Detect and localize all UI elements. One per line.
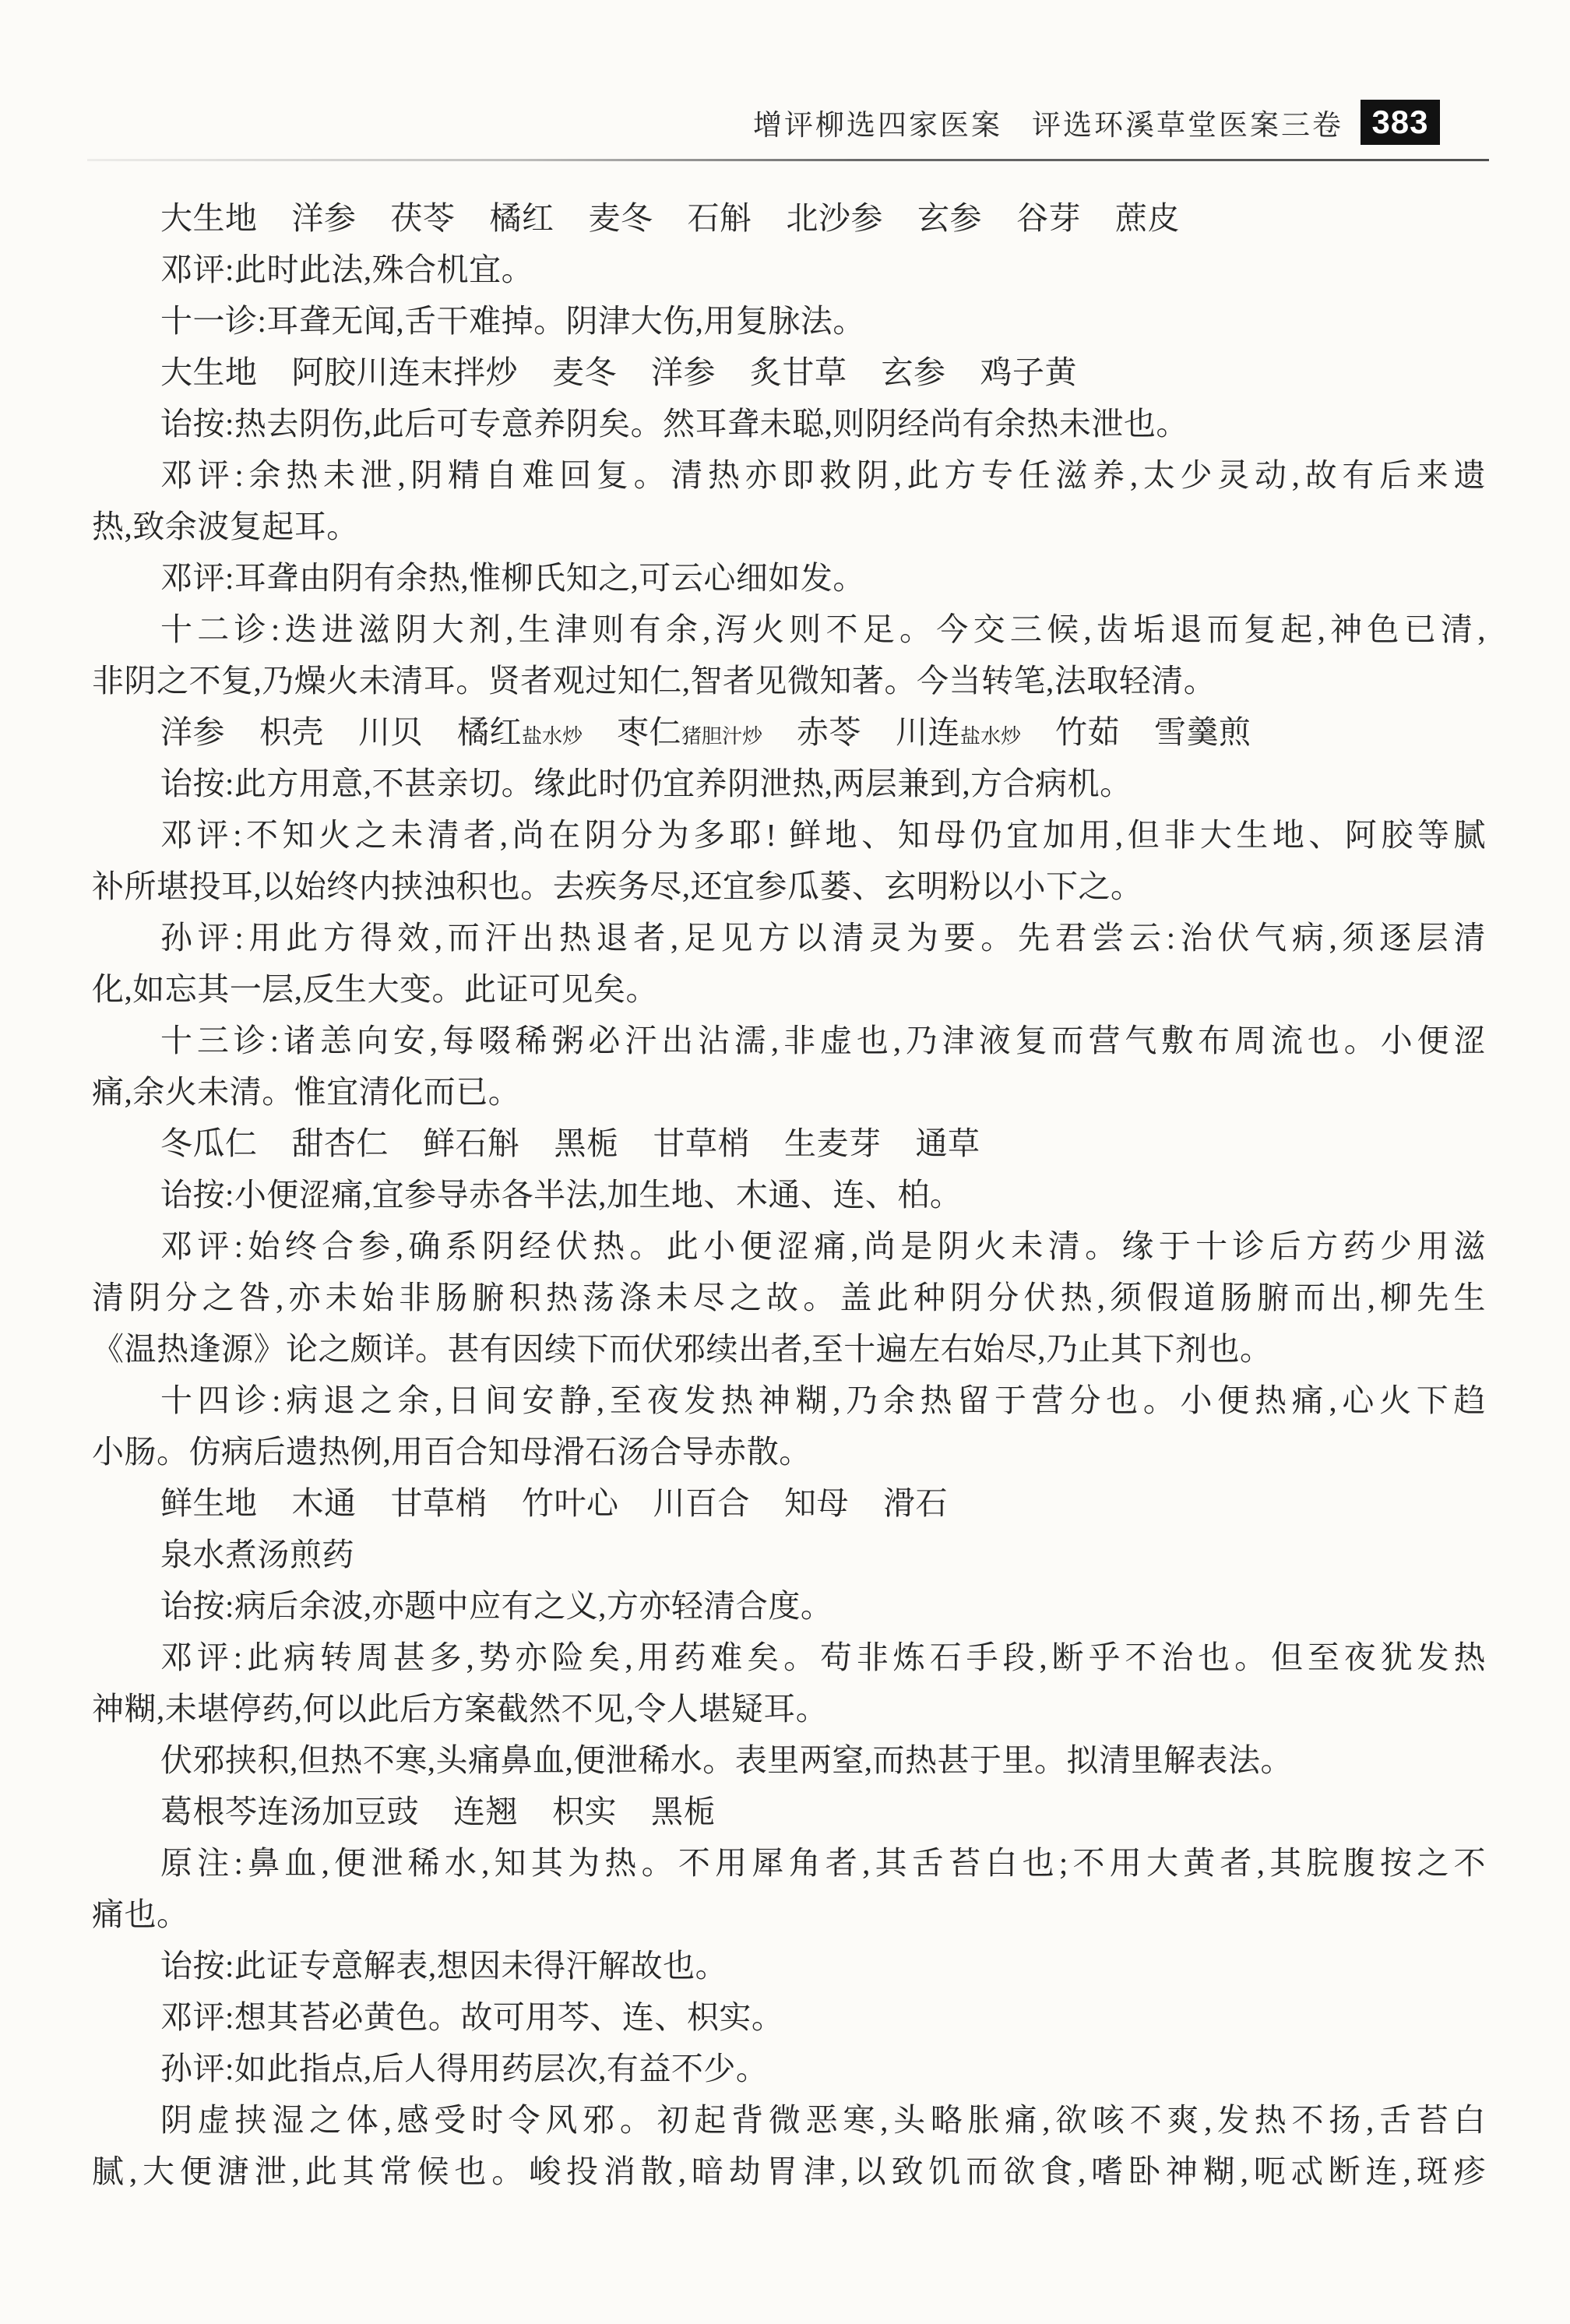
- drug-item: 葛根芩连汤加豆豉: [160, 1794, 419, 1829]
- drug-item: 知母: [784, 1485, 849, 1521]
- prescription-line: 冬瓜仁甜杏仁鲜石斛黑栀甘草梢生麦芽通草: [92, 1118, 1486, 1169]
- drug-item: 冬瓜仁: [160, 1125, 258, 1161]
- drug-item: 橘红盐水炒: [457, 714, 583, 750]
- drug-item: 蔗皮: [1115, 200, 1180, 236]
- drug-item: 赤苓: [797, 714, 861, 750]
- text-line: 诒按:此方用意,不甚亲切。缘此时仍宜养阴泄热,两层兼到,方合病机。: [92, 758, 1486, 809]
- text-line: 十二诊:迭进滋阴大剂,生津则有余,泻火则不足。今交三候,齿垢退而复起,神色已清,: [92, 604, 1486, 655]
- drug-item: 甘草梢: [653, 1125, 751, 1161]
- drug-item: 茯苓: [391, 200, 456, 236]
- preparation-note: 盐水炒: [960, 725, 1021, 748]
- drug-item: 生麦芽: [784, 1125, 882, 1161]
- drug-item: 鲜石斛: [423, 1125, 520, 1161]
- text-line: 诒按:此证专意解表,想因未得汗解故也。: [92, 1940, 1486, 1991]
- text-line: 清阴分之咎,亦未始非肠腑积热荡涤未尽之故。盖此种阴分伏热,须假道肠腑而出,柳先生: [92, 1272, 1486, 1323]
- drug-item: 川贝: [358, 714, 423, 750]
- drug-item: 鸡子黄: [980, 354, 1078, 390]
- drug-item: 大生地: [160, 200, 258, 236]
- text-line: 邓评:始终合参,确系阴经伏热。此小便涩痛,尚是阴火未清。缘于十诊后方药少用滋: [92, 1220, 1486, 1272]
- text-line: 热,致余波复起耳。: [92, 501, 1486, 552]
- text-line: 邓评:此病转周甚多,势亦险矣,用药难矣。苟非炼石手段,断乎不治也。但至夜犹发热: [92, 1632, 1486, 1683]
- drug-item: 洋参: [651, 354, 716, 390]
- text-line: 邓评:耳聋由阴有余热,惟柳氏知之,可云心细如发。: [92, 552, 1486, 604]
- text-line: 诒按:小便涩痛,宜参导赤各半法,加生地、木通、连、柏。: [92, 1169, 1486, 1220]
- drug-item: 石斛: [688, 200, 752, 236]
- text-line: 化,如忘其一层,反生大变。此证可见矣。: [92, 963, 1486, 1015]
- drug-item: 谷芽: [1016, 200, 1081, 236]
- drug-item: 通草: [916, 1125, 980, 1161]
- preparation-note: 盐水炒: [522, 725, 583, 748]
- drug-item: 甜杏仁: [292, 1125, 389, 1161]
- page-number-badge: 383: [1361, 100, 1440, 145]
- text-line: 神糊,未堪停药,何以此后方案截然不见,令人堪疑耳。: [92, 1683, 1486, 1734]
- text-line: 诒按:病后余波,亦题中应有之义,方亦轻清合度。: [92, 1580, 1486, 1632]
- text-line: 十四诊:病退之余,日间安静,至夜发热神糊,乃余热留于营分也。小便热痛,心火下趋: [92, 1375, 1486, 1426]
- drug-item: 麦冬: [552, 354, 617, 390]
- drug-item: 鲜生地: [160, 1485, 258, 1521]
- drug-item: 竹茹: [1055, 714, 1120, 750]
- drug-item: 川连盐水炒: [896, 714, 1021, 750]
- prescription-line: 洋参枳壳川贝橘红盐水炒枣仁猪胆汁炒赤苓川连盐水炒竹茹雪羹煎: [92, 706, 1486, 758]
- text-line: 原注:鼻血,便泄稀水,知其为热。不用犀角者,其舌苔白也;不用大黄者,其脘腹按之不: [92, 1837, 1486, 1889]
- drug-item: 黑栀: [651, 1794, 716, 1829]
- text-line: 腻,大便溏泄,此其常候也。峻投消散,暗劫胃津,以致饥而欲食,嗜卧神糊,呃忒断连,…: [92, 2146, 1486, 2197]
- text-line: 阴虚挟湿之体,感受时令风邪。初起背微恶寒,头略胀痛,欲咳不爽,发热不扬,舌苔白: [92, 2094, 1486, 2146]
- drug-item: 雪羹煎: [1154, 714, 1251, 750]
- text-line: 邓评:此时此法,殊合机宜。: [92, 244, 1486, 295]
- drug-item: 枳实: [552, 1794, 617, 1829]
- drug-item: 橘红: [490, 200, 554, 236]
- text-line: 非阴之不复,乃燥火未清耳。贤者观过知仁,智者见微知著。今当转笔,法取轻清。: [92, 655, 1486, 706]
- text-line: 邓评:不知火之未清者,尚在阴分为多耶! 鲜地、知母仍宜加用,但非大生地、阿胶等腻: [92, 809, 1486, 861]
- text-line: 十三诊:诸恙向安,每啜稀粥必汗出沾濡,非虚也,乃津液复而营气敷布周流也。小便涩: [92, 1015, 1486, 1066]
- drug-item: 大生地: [160, 354, 258, 390]
- text-line: 痛也。: [92, 1889, 1486, 1940]
- drug-item: 炙甘草: [750, 354, 847, 390]
- drug-item: 甘草梢: [391, 1485, 488, 1521]
- prescription-line: 大生地阿胶川连末拌炒麦冬洋参炙甘草玄参鸡子黄: [92, 347, 1486, 398]
- scanned-book-page: 增评柳选四家医案 评选环溪草堂医案三卷 383 大生地洋参茯苓橘红麦冬石斛北沙参…: [0, 0, 1570, 2324]
- text-line: 邓评:余热未泄,阴精自难回复。清热亦即救阴,此方专任滋养,太少灵动,故有后来遗: [92, 449, 1486, 501]
- drug-item: 北沙参: [787, 200, 884, 236]
- header-rule: [87, 159, 1489, 161]
- body-text: 大生地洋参茯苓橘红麦冬石斛北沙参玄参谷芽蔗皮邓评:此时此法,殊合机宜。十一诊:耳…: [92, 192, 1486, 2197]
- drug-item: 连翘: [453, 1794, 518, 1829]
- text-line: 《温热逢源》论之颇详。甚有因续下而伏邪续出者,至十遍左右始尽,乃止其下剂也。: [92, 1323, 1486, 1375]
- text-line: 诒按:热去阴伤,此后可专意养阴矣。然耳聋未聪,则阴经尚有余热未泄也。: [92, 398, 1486, 449]
- drug-item: 黑栀: [554, 1125, 619, 1161]
- drug-item: 洋参: [292, 200, 357, 236]
- text-line: 补所堪投耳,以始终内挟浊积也。去疾务尽,还宜参瓜蒌、玄明粉以小下之。: [92, 861, 1486, 912]
- text-line: 伏邪挟积,但热不寒,头痛鼻血,便泄稀水。表里两窒,而热甚于里。拟清里解表法。: [92, 1734, 1486, 1786]
- text-line: 孙评:用此方得效,而汗出热退者,足见方以清灵为要。先君尝云:治伏气病,须逐层清: [92, 912, 1486, 963]
- text-line: 痛,余火未清。惟宜清化而已。: [92, 1066, 1486, 1118]
- text-line: 十一诊:耳聋无闻,舌干难掉。阴津大伤,用复脉法。: [92, 295, 1486, 347]
- running-header: 增评柳选四家医案 评选环溪草堂医案三卷 383: [753, 100, 1440, 145]
- drug-item: 麦冬: [589, 200, 653, 236]
- text-line: 小肠。仿病后遗热例,用百合知母滑石汤合导赤散。: [92, 1426, 1486, 1477]
- prescription-line: 大生地洋参茯苓橘红麦冬石斛北沙参玄参谷芽蔗皮: [92, 192, 1486, 244]
- prescription-line: 葛根芩连汤加豆豉连翘枳实黑栀: [92, 1786, 1486, 1837]
- text-line: 泉水煮汤煎药: [92, 1529, 1486, 1580]
- drug-item: 洋参: [160, 714, 225, 750]
- drug-item: 枳壳: [259, 714, 324, 750]
- drug-item: 玄参: [882, 354, 946, 390]
- drug-item: 阿胶川连末拌炒: [292, 354, 519, 390]
- preparation-note: 猪胆汁炒: [681, 725, 762, 748]
- drug-item: 木通: [292, 1485, 357, 1521]
- prescription-line: 鲜生地木通甘草梢竹叶心川百合知母滑石: [92, 1477, 1486, 1529]
- drug-item: 川百合: [653, 1485, 751, 1521]
- text-line: 孙评:如此指点,后人得用药层次,有益不少。: [92, 2043, 1486, 2094]
- drug-item: 玄参: [917, 200, 982, 236]
- book-title: 增评柳选四家医案: [753, 101, 1002, 143]
- chapter-title: 评选环溪草堂医案三卷: [1032, 101, 1343, 143]
- drug-item: 竹叶心: [522, 1485, 619, 1521]
- drug-item: 滑石: [883, 1485, 948, 1521]
- text-line: 邓评:想其苔必黄色。故可用芩、连、枳实。: [92, 1991, 1486, 2043]
- drug-item: 枣仁猪胆汁炒: [617, 714, 762, 750]
